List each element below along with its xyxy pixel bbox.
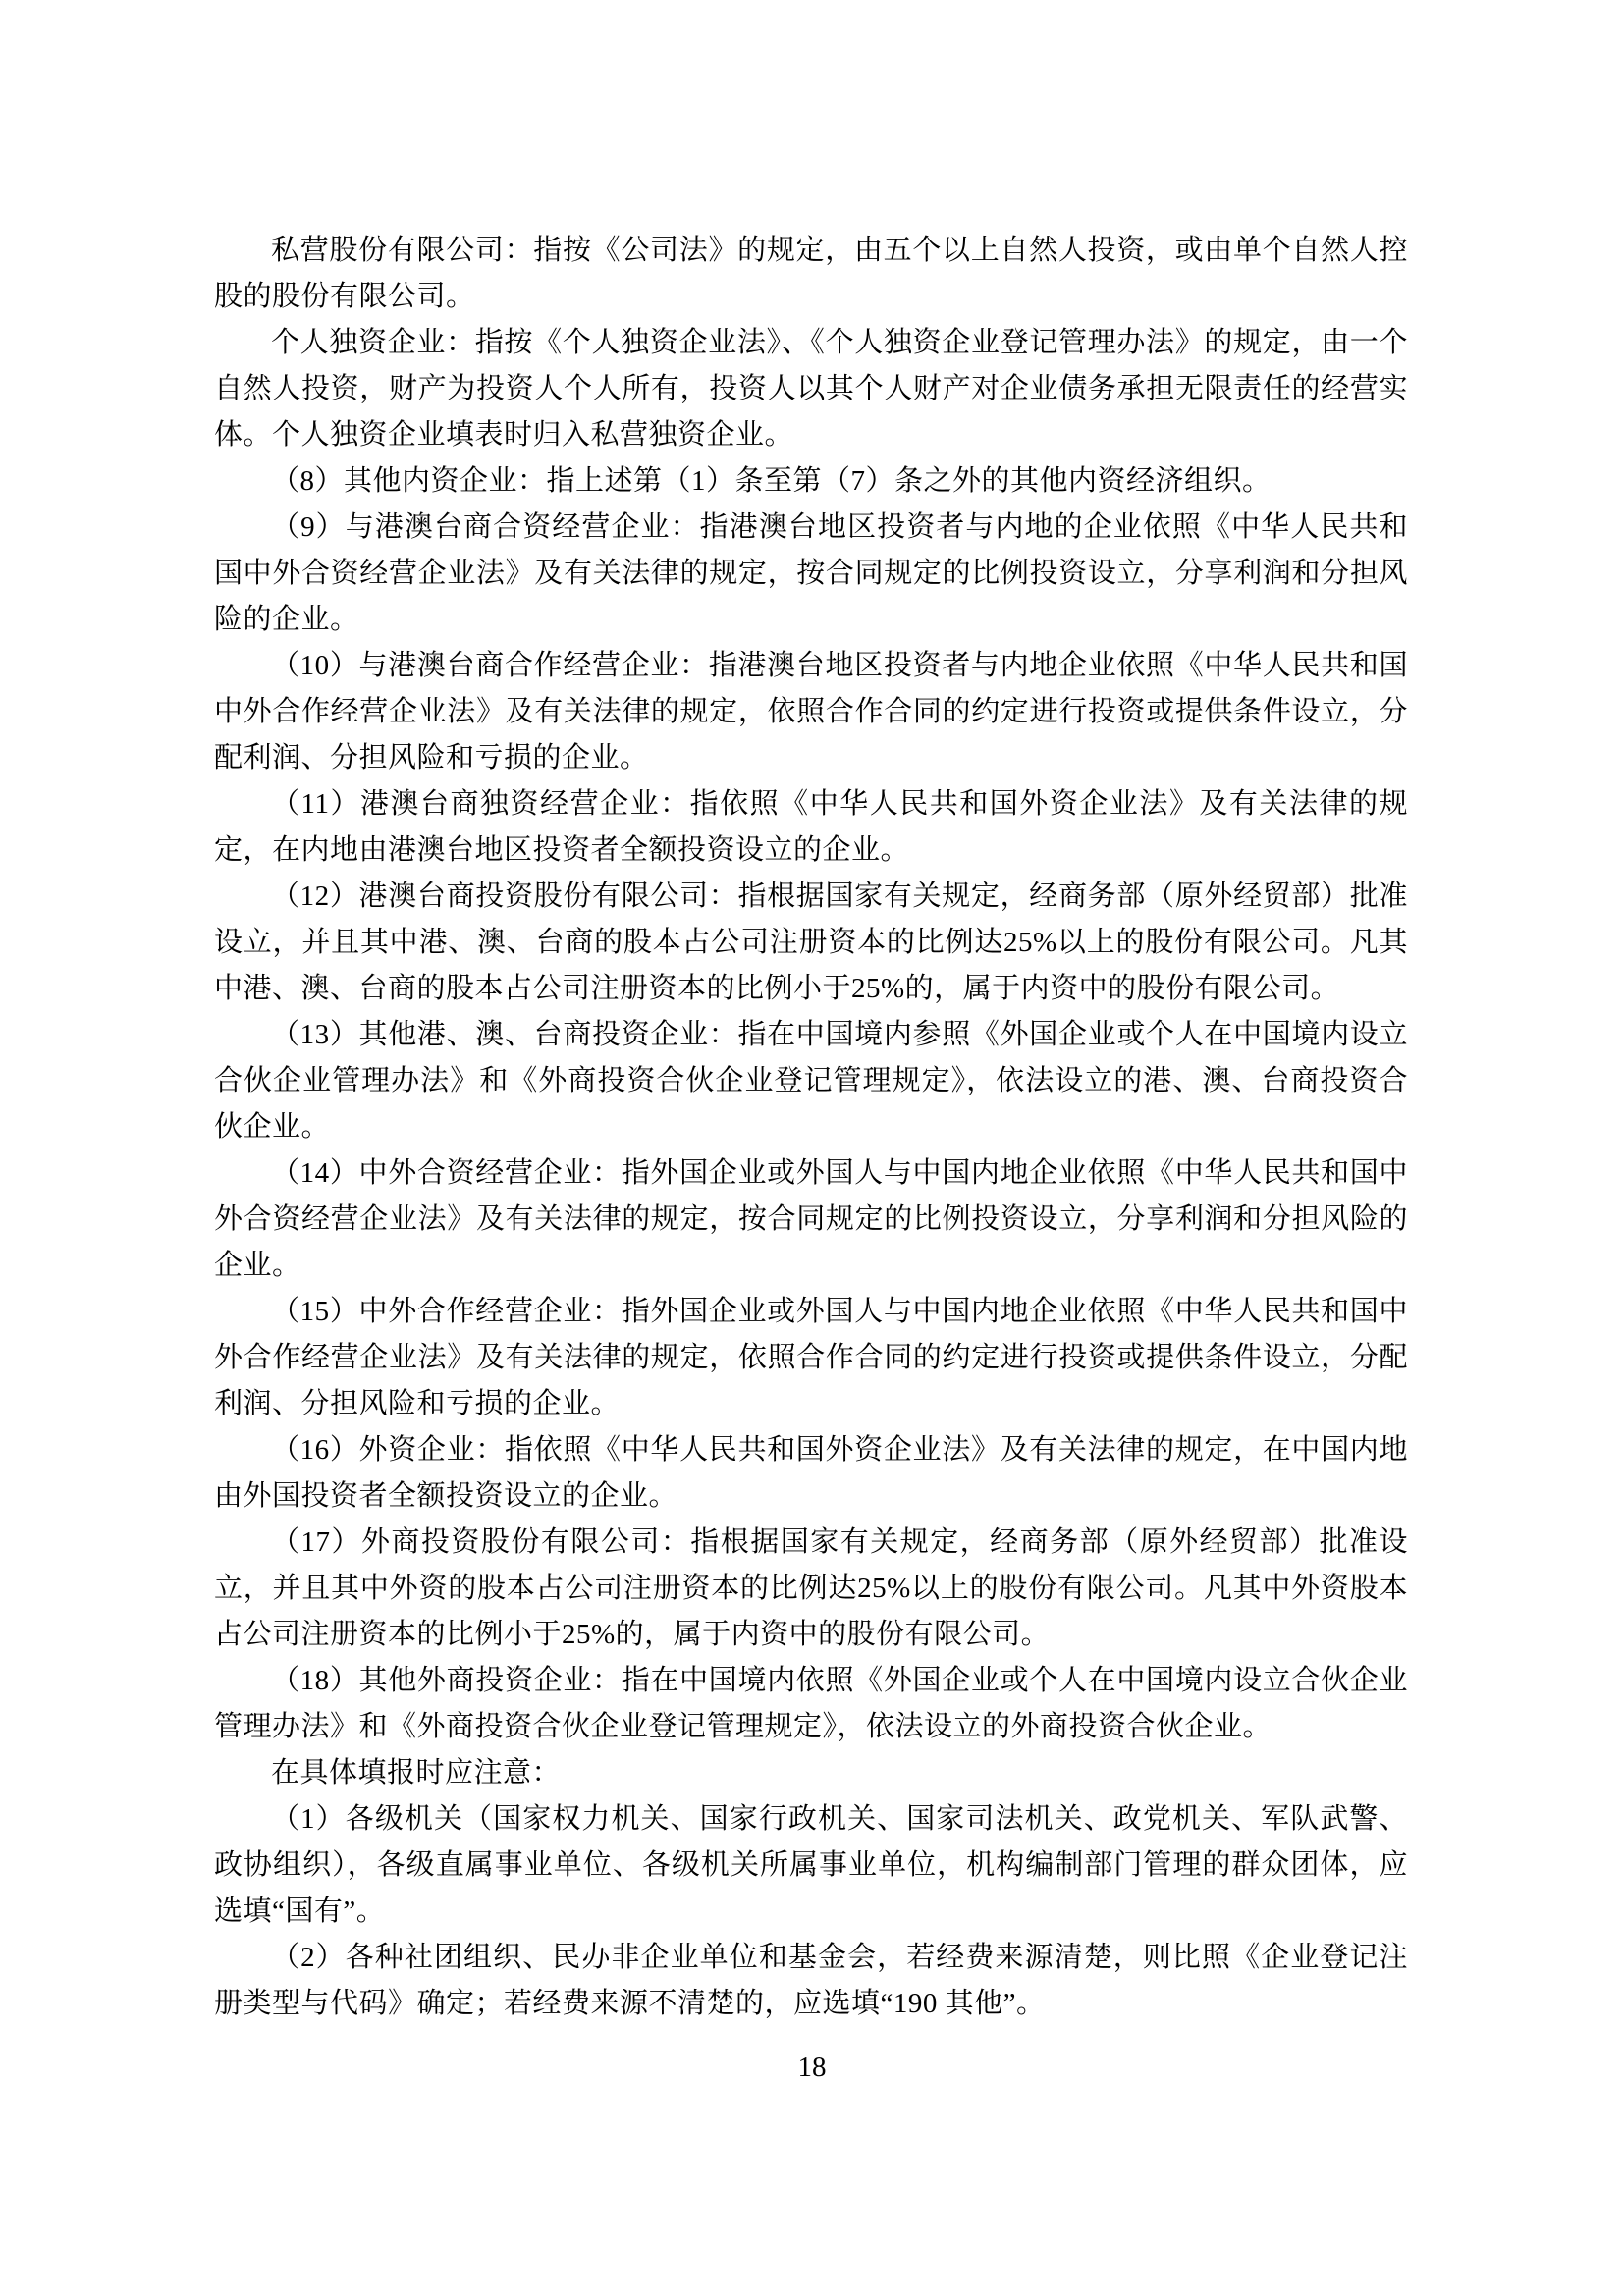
paragraph-item-14: （14）中外合资经营企业：指外国企业或外国人与中国内地企业依照《中华人民共和国中… [214, 1150, 1408, 1289]
page-number: 18 [0, 2048, 1624, 2087]
paragraph-note-2: （2）各种社团组织、民办非企业单位和基金会，若经费来源清楚，则比照《企业登记注册… [214, 1935, 1408, 2027]
paragraph-item-10: （10）与港澳台商合作经营企业：指港澳台地区投资者与内地企业依照《中华人民共和国… [214, 643, 1408, 781]
body-text: 私营股份有限公司：指按《公司法》的规定，由五个以上自然人投资，或由单个自然人控股… [214, 228, 1408, 2027]
paragraph-item-8: （8）其他内资企业：指上述第（1）条至第（7）条之外的其他内资经济组织。 [214, 458, 1408, 505]
paragraph-item-12: （12）港澳台商投资股份有限公司：指根据国家有关规定，经商务部（原外经贸部）批准… [214, 874, 1408, 1012]
paragraph-item-13: （13）其他港、澳、台商投资企业：指在中国境内参照《外国企业或个人在中国境内设立… [214, 1012, 1408, 1150]
paragraph-item-11: （11）港澳台商独资经营企业：指依照《中华人民共和国外资企业法》及有关法律的规定… [214, 781, 1408, 874]
paragraph-item-15: （15）中外合作经营企业：指外国企业或外国人与中国内地企业依照《中华人民共和国中… [214, 1289, 1408, 1427]
paragraph-item-17: （17）外商投资股份有限公司：指根据国家有关规定，经商务部（原外经贸部）批准设立… [214, 1520, 1408, 1658]
paragraph-item-18: （18）其他外商投资企业：指在中国境内依照《外国企业或个人在中国境内设立合伙企业… [214, 1658, 1408, 1750]
document-page: 私营股份有限公司：指按《公司法》的规定，由五个以上自然人投资，或由单个自然人控股… [0, 0, 1624, 2296]
paragraph-item-9: （9）与港澳台商合资经营企业：指港澳台地区投资者与内地的企业依照《中华人民共和国… [214, 505, 1408, 643]
paragraph-item-16: （16）外资企业：指依照《中华人民共和国外资企业法》及有关法律的规定，在中国内地… [214, 1427, 1408, 1520]
paragraph-filling-notes-heading: 在具体填报时应注意： [214, 1750, 1408, 1796]
paragraph-sole-proprietorship: 个人独资企业：指按《个人独资企业法》、《个人独资企业登记管理办法》的规定，由一个… [214, 320, 1408, 458]
paragraph-private-joint-stock: 私营股份有限公司：指按《公司法》的规定，由五个以上自然人投资，或由单个自然人控股… [214, 228, 1408, 320]
paragraph-note-1: （1）各级机关（国家权力机关、国家行政机关、国家司法机关、政党机关、军队武警、政… [214, 1796, 1408, 1935]
